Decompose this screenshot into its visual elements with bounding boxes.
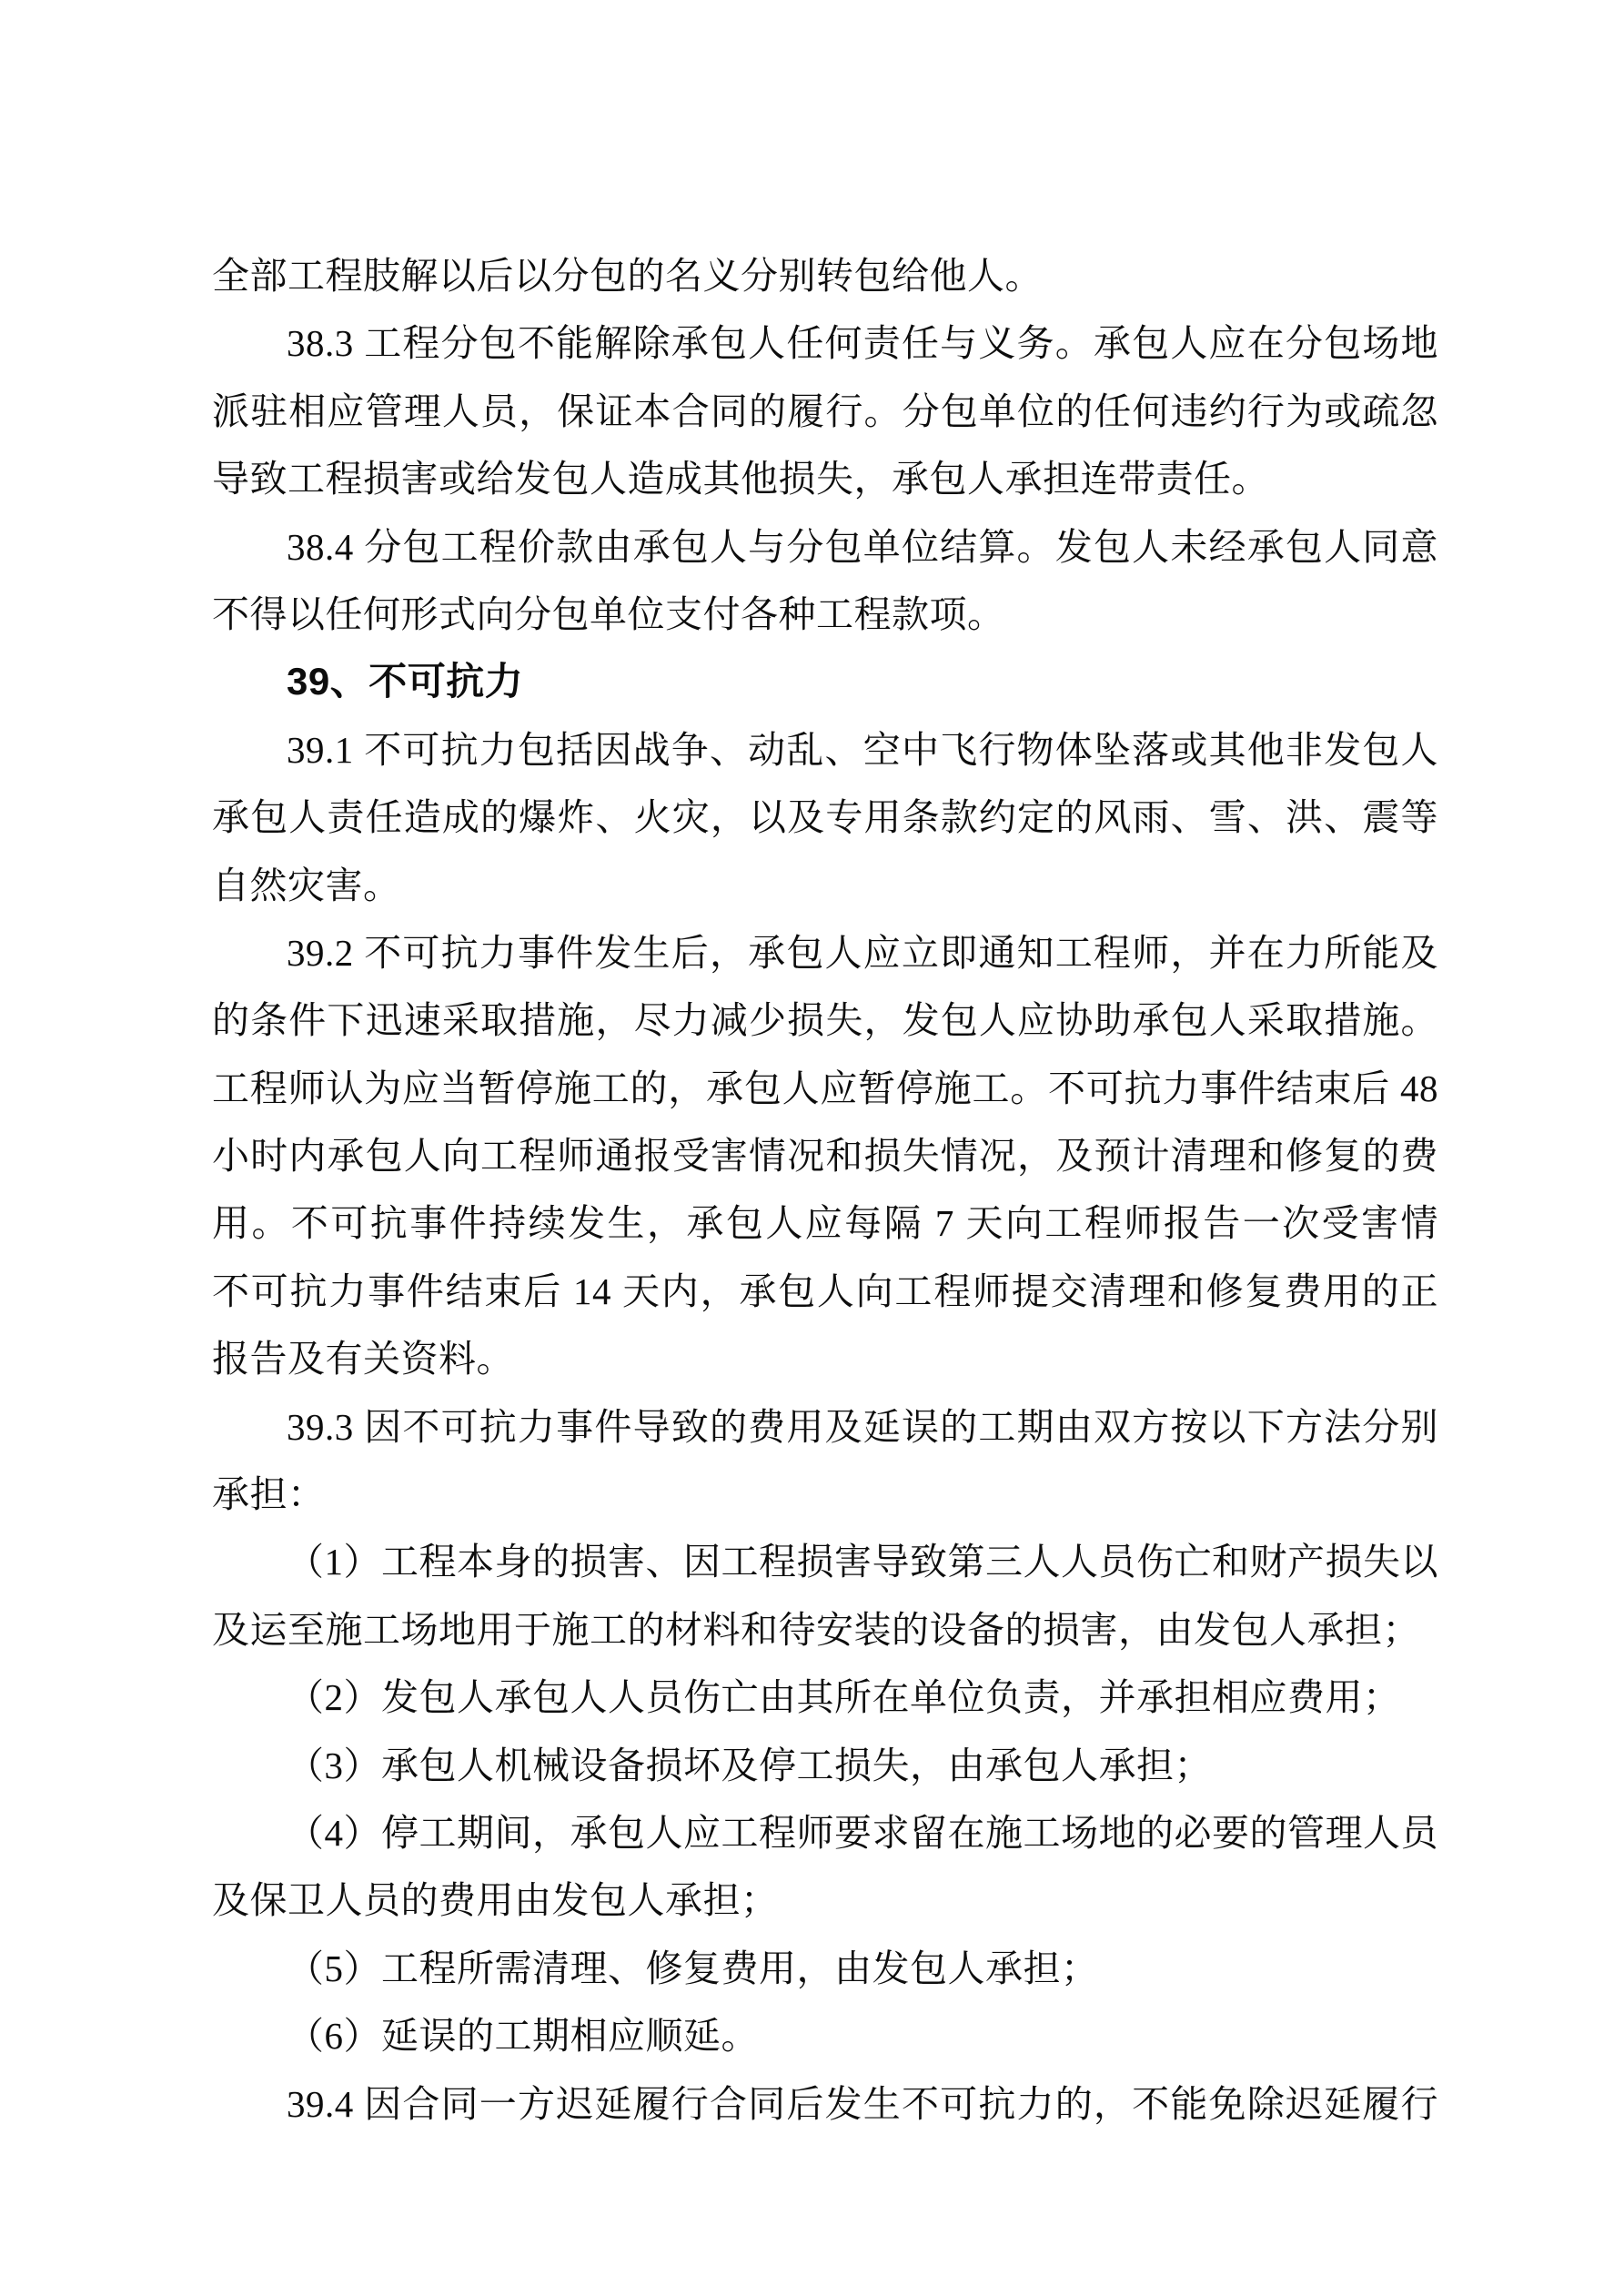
text-line: 及运至施工场地用于施工的材料和待安装的设备的损害，由发包人承担；	[212, 1596, 1438, 1664]
text-line: （2）发包人承包人人员伤亡由其所在单位负责，并承担相应费用；	[212, 1664, 1438, 1731]
text-line: 不可抗力事件结束后 14 天内，承包人向工程师提交清理和修复费用的正式	[212, 1258, 1438, 1325]
text-line: 工程师认为应当暂停施工的，承包人应暂停施工。不可抗力事件结束后 48	[212, 1055, 1438, 1122]
document-page: 全部工程肢解以后以分包的名义分别转包给他人。38.3 工程分包不能解除承包人任何…	[0, 0, 1624, 2296]
text-line: 用。不可抗事件持续发生，承包人应每隔 7 天向工程师报告一次受害情况。	[212, 1189, 1438, 1257]
paragraph-clause-39-3-item-1: （1）工程本身的损害、因工程损害导致第三人人员伤亡和财产损失以及运至施工场地用于…	[212, 1528, 1438, 1664]
text-line: （5）工程所需清理、修复费用，由发包人承担；	[212, 1935, 1438, 2002]
paragraph-clause-38-3: 38.3 工程分包不能解除承包人任何责任与义务。承包人应在分包场地派驻相应管理人…	[212, 309, 1438, 512]
text-line: 39.2 不可抗力事件发生后，承包人应立即通知工程师，并在力所能及	[212, 919, 1438, 986]
text-line: 38.3 工程分包不能解除承包人任何责任与义务。承包人应在分包场地	[212, 309, 1438, 377]
section-heading-line: 39、不可抗力	[212, 648, 1438, 715]
text-line: 导致工程损害或给发包人造成其他损失，承包人承担连带责任。	[212, 445, 1438, 512]
text-line: 派驻相应管理人员，保证本合同的履行。分包单位的任何违约行为或疏忽	[212, 378, 1438, 445]
paragraph-clause-39-4: 39.4 因合同一方迟延履行合同后发生不可抗力的，不能免除迟延履行	[212, 2070, 1438, 2138]
paragraph-clause-39-2: 39.2 不可抗力事件发生后，承包人应立即通知工程师，并在力所能及的条件下迅速采…	[212, 919, 1438, 1393]
text-line: 的条件下迅速采取措施，尽力减少损失，发包人应协助承包人采取措施。	[212, 986, 1438, 1054]
text-line: （6）延误的工期相应顺延。	[212, 2002, 1438, 2069]
paragraph-clause-39-3-item-6: （6）延误的工期相应顺延。	[212, 2002, 1438, 2069]
text-line: 自然灾害。	[212, 852, 1438, 919]
text-line: （1）工程本身的损害、因工程损害导致第三人人员伤亡和财产损失以	[212, 1528, 1438, 1595]
paragraph-clause-39-1: 39.1 不可抗力包括因战争、动乱、空中飞行物体坠落或其他非发包人承包人责任造成…	[212, 716, 1438, 919]
text-line: 承担：	[212, 1461, 1438, 1528]
text-line: 承包人责任造成的爆炸、火灾，以及专用条款约定的风雨、雪、洪、震等	[212, 784, 1438, 851]
text-line: 全部工程肢解以后以分包的名义分别转包给他人。	[212, 242, 1438, 309]
paragraph-heading-39: 39、不可抗力	[212, 648, 1438, 715]
text-line: 及保卫人员的费用由发包人承担；	[212, 1866, 1438, 1934]
paragraph-clause-39-3-item-4: （4）停工期间，承包人应工程师要求留在施工场地的必要的管理人员及保卫人员的费用由…	[212, 1799, 1438, 1935]
text-line: 小时内承包人向工程师通报受害情况和损失情况，及预计清理和修复的费	[212, 1122, 1438, 1189]
text-line: 不得以任何形式向分包单位支付各种工程款项。	[212, 581, 1438, 648]
paragraph-clause-39-3-item-5: （5）工程所需清理、修复费用，由发包人承担；	[212, 1935, 1438, 2002]
paragraph-clause-39-3-item-3: （3）承包人机械设备损坏及停工损失，由承包人承担；	[212, 1732, 1438, 1799]
paragraph-clause-38-4: 38.4 分包工程价款由承包人与分包单位结算。发包人未经承包人同意不得以任何形式…	[212, 513, 1438, 649]
text-line: 39.4 因合同一方迟延履行合同后发生不可抗力的，不能免除迟延履行	[212, 2070, 1438, 2138]
contract-text-block: 全部工程肢解以后以分包的名义分别转包给他人。38.3 工程分包不能解除承包人任何…	[212, 242, 1438, 2138]
paragraph-clause-39-3: 39.3 因不可抗力事件导致的费用及延误的工期由双方按以下方法分别承担：	[212, 1393, 1438, 1529]
text-line: （3）承包人机械设备损坏及停工损失，由承包人承担；	[212, 1732, 1438, 1799]
paragraph-clause-38-2-tail: 全部工程肢解以后以分包的名义分别转包给他人。	[212, 242, 1438, 309]
text-line: （4）停工期间，承包人应工程师要求留在施工场地的必要的管理人员	[212, 1799, 1438, 1866]
text-line: 39.1 不可抗力包括因战争、动乱、空中飞行物体坠落或其他非发包人	[212, 716, 1438, 784]
text-line: 38.4 分包工程价款由承包人与分包单位结算。发包人未经承包人同意	[212, 513, 1438, 581]
paragraph-clause-39-3-item-2: （2）发包人承包人人员伤亡由其所在单位负责，并承担相应费用；	[212, 1664, 1438, 1731]
text-line: 39.3 因不可抗力事件导致的费用及延误的工期由双方按以下方法分别	[212, 1393, 1438, 1461]
text-line: 报告及有关资料。	[212, 1325, 1438, 1392]
